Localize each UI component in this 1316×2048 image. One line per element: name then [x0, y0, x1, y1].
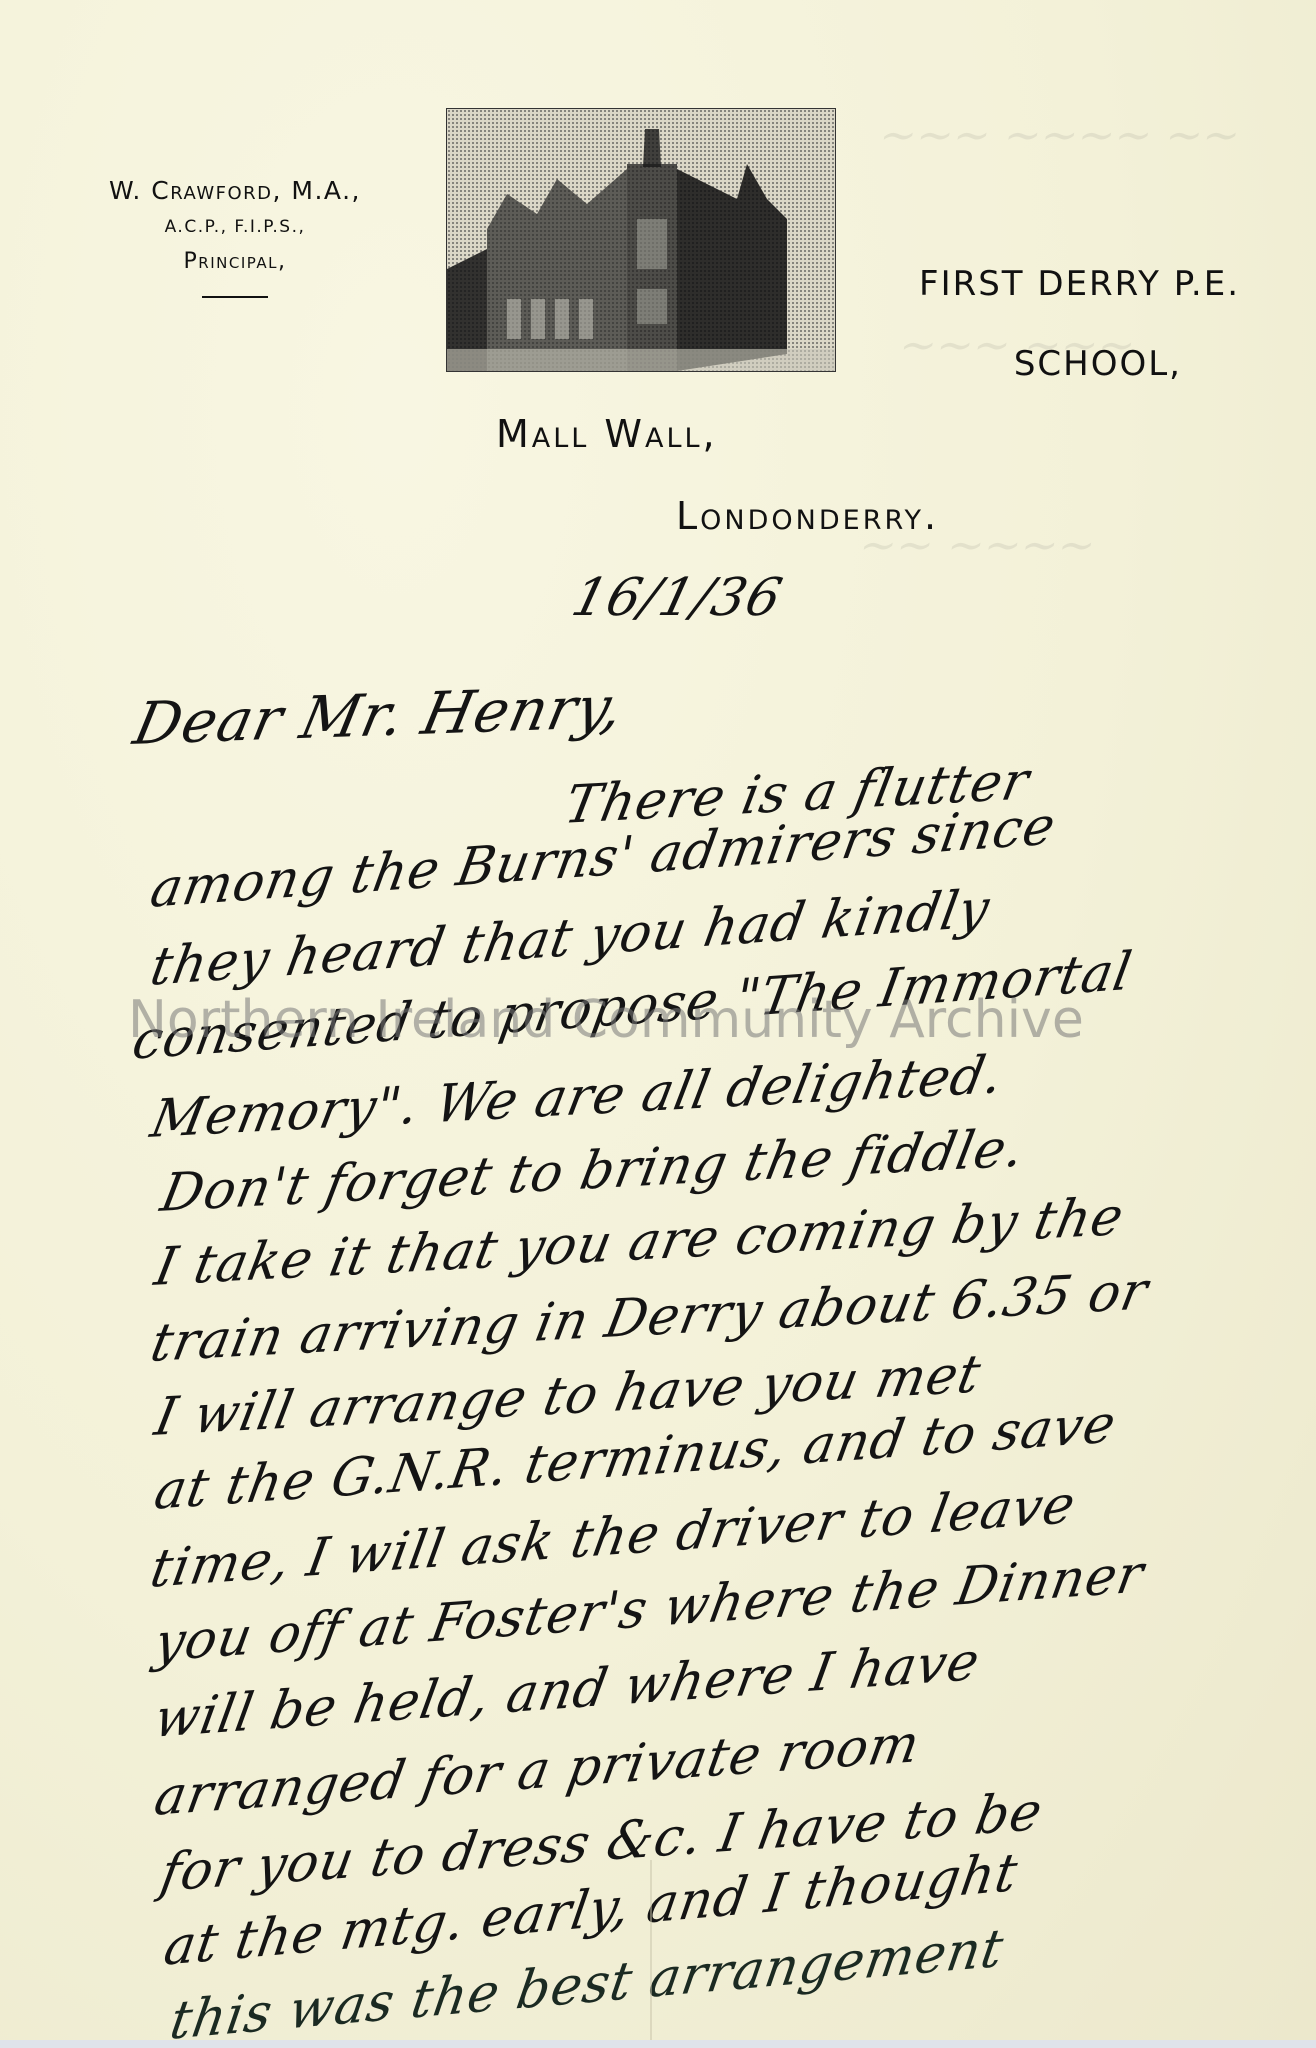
school-building-photo — [446, 108, 836, 372]
divider — [202, 296, 268, 298]
scan-edge — [0, 2040, 1316, 2048]
letter-page: ~~~ ~~~~ ~~ ~~~ ~~~ ~~ ~~~~ W. Crawford,… — [0, 0, 1316, 2040]
salutation: Dear Mr. Henry, — [128, 672, 630, 758]
letter-date: 16/1/36 — [566, 568, 788, 628]
school-name-line2: SCHOOL, — [919, 324, 1182, 404]
principal-qualifications: A.C.P., F.I.P.S., — [70, 217, 400, 237]
paper-fold — [650, 1860, 652, 2040]
principal-name: W. Crawford, M.A., — [70, 176, 400, 205]
address-line1: Mall Wall, — [496, 412, 718, 456]
building-icon — [447, 109, 835, 371]
school-name: FIRST DERRY P.E. SCHOOL, — [919, 244, 1240, 404]
show-through-text: ~~~ ~~~~ ~~ — [875, 110, 1246, 161]
address-line2: Londonderry. — [676, 494, 939, 538]
principal-role: Principal, — [70, 249, 400, 274]
school-name-line1: FIRST DERRY P.E. — [919, 244, 1240, 324]
principal-block: W. Crawford, M.A., A.C.P., F.I.P.S., Pri… — [70, 176, 400, 298]
archive-watermark: Northern Ireland Community Archive — [128, 990, 1084, 1050]
